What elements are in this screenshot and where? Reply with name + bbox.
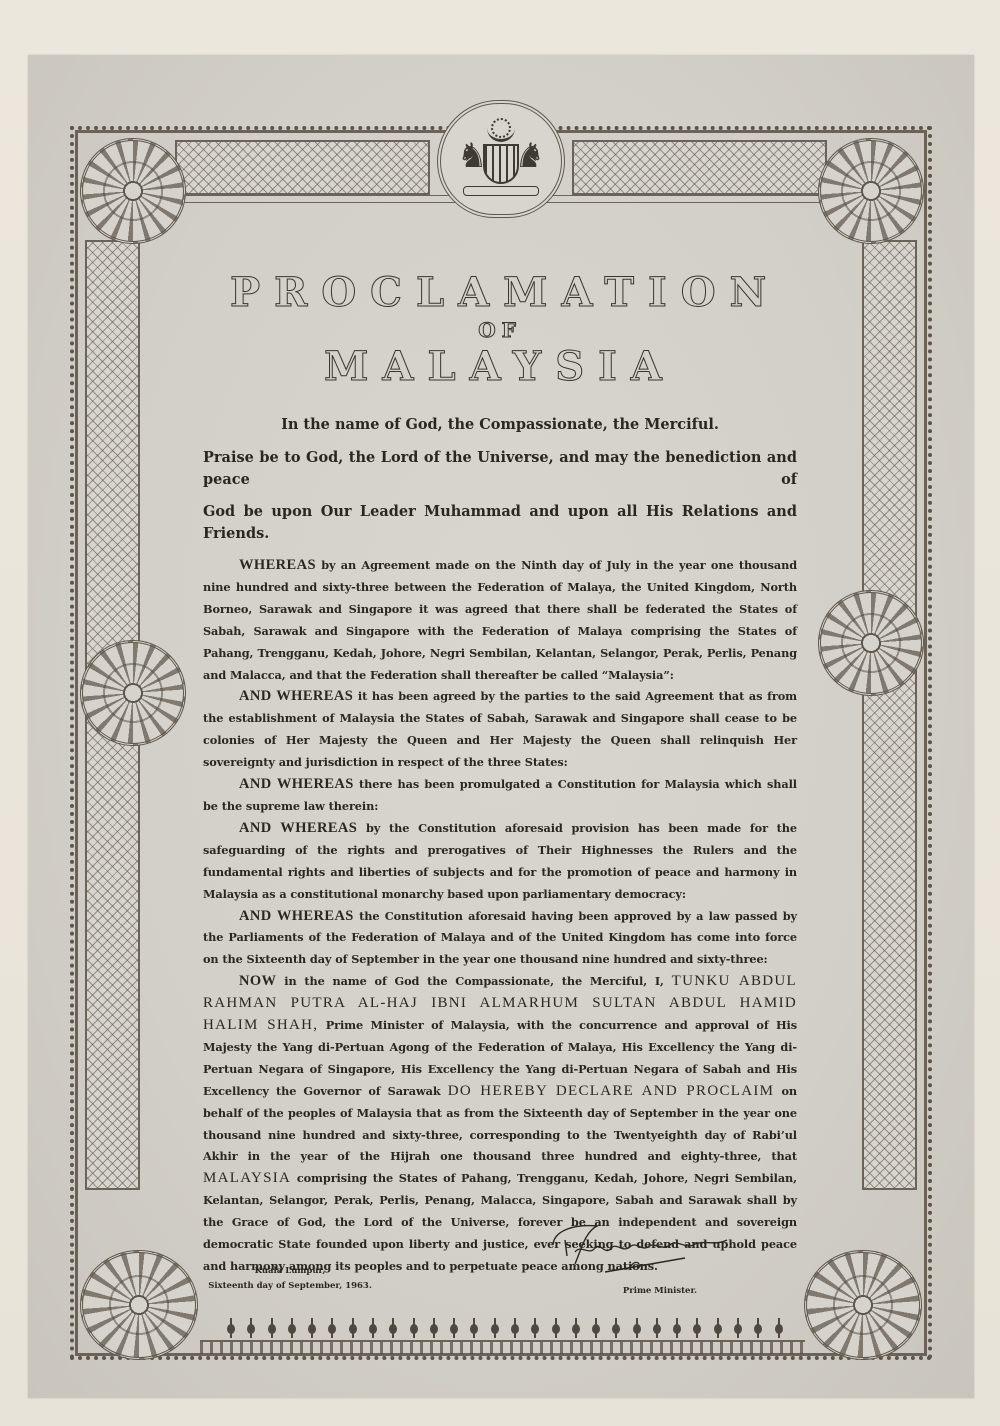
proclamation-body: In the name of God, the Compassionate, t… [203, 414, 797, 1278]
title-line-malaysia: MALAYSIA [230, 342, 770, 392]
crest-emblem: ♞ ♞ [453, 116, 549, 202]
bottom-filigree-band [200, 1340, 805, 1354]
vase-ornament-icon [408, 1318, 420, 1338]
place: Kuala Lumpur, [200, 1264, 380, 1279]
vase-ornament-icon [631, 1318, 643, 1338]
floral-medallion-icon [818, 590, 924, 696]
vase-ornament-icon [610, 1318, 622, 1338]
vase-ornament-icon [448, 1318, 460, 1338]
praise-line-2: God be upon Our Leader Muhammad and upon… [203, 501, 797, 545]
proclamation-title: PROCLAMATION OF MALAYSIA [230, 268, 770, 392]
whereas-paragraph: WHEREAS by an Agreement made on the Nint… [203, 555, 797, 686]
top-left-filigree-band [175, 140, 430, 195]
paragraph-text: by an Agreement made on the Ninth day of… [203, 558, 797, 682]
floral-medallion-icon [818, 138, 924, 244]
tiger-icon: ♞ [457, 130, 481, 182]
shield-icon [483, 144, 519, 184]
vase-ornament-icon [773, 1318, 785, 1338]
whereas-paragraph: AND WHEREAS the Constitution aforesaid h… [203, 906, 797, 972]
vase-ornament-icon [671, 1318, 683, 1338]
now-keyword: NOW [239, 973, 276, 989]
vase-ornament-icon [367, 1318, 379, 1338]
signature [545, 1222, 765, 1277]
vase-ornament-icon [225, 1318, 237, 1338]
vase-ornament-icon [326, 1318, 338, 1338]
floral-medallion-icon [804, 1250, 922, 1360]
vase-ornament-icon [286, 1318, 298, 1338]
vase-ornament-icon [529, 1318, 541, 1338]
vase-ornament-icon [712, 1318, 724, 1338]
motto-ribbon [463, 186, 539, 196]
title-line-proclamation: PROCLAMATION [230, 268, 770, 318]
place-and-date: Kuala Lumpur, Sixteenth day of September… [200, 1264, 380, 1294]
vase-ornament-icon [752, 1318, 764, 1338]
vase-ornament-icon [691, 1318, 703, 1338]
title-line-of: OF [230, 318, 770, 342]
paragraph-keyword: AND WHEREAS [239, 820, 357, 836]
tiger-icon: ♞ [521, 130, 545, 182]
whereas-paragraph: AND WHEREAS by the Constitution aforesai… [203, 818, 797, 906]
vase-ornament-icon [509, 1318, 521, 1338]
praise-line-1: Praise be to God, the Lord of the Univer… [203, 447, 797, 491]
vase-ornament-icon [306, 1318, 318, 1338]
vase-ornament-icon [468, 1318, 480, 1338]
vase-ornament-icon [428, 1318, 440, 1338]
floral-medallion-icon [80, 640, 186, 746]
vase-ornament-icon [651, 1318, 663, 1338]
whereas-paragraph: AND WHEREAS it has been agreed by the pa… [203, 686, 797, 774]
whereas-paragraph: AND WHEREAS there has been promulgated a… [203, 774, 797, 818]
invocation: In the name of God, the Compassionate, t… [203, 414, 797, 436]
vase-ornament-icon [245, 1318, 257, 1338]
top-right-filigree-band [572, 140, 827, 195]
vase-ornament-icon [550, 1318, 562, 1338]
malaysia-keyword: MALAYSIA [203, 1170, 291, 1186]
vase-ornament-icon [590, 1318, 602, 1338]
paragraph-keyword: AND WHEREAS [239, 776, 354, 792]
floral-medallion-icon [80, 138, 186, 244]
signatory-title: Prime Minister. [610, 1286, 710, 1296]
vase-ornament-icon [570, 1318, 582, 1338]
vase-ornament-icon [266, 1318, 278, 1338]
vase-ornament-icon [347, 1318, 359, 1338]
vase-ornament-icon [732, 1318, 744, 1338]
paragraph-text: in the name of God the Compassionate, th… [276, 974, 671, 988]
paragraph-keyword: WHEREAS [239, 557, 316, 573]
vase-ornament-row [225, 1318, 785, 1338]
floral-medallion-icon [80, 1250, 198, 1360]
paragraph-keyword: AND WHEREAS [239, 908, 354, 924]
declare-keyword: DO HEREBY DECLARE AND PROCLAIM [448, 1083, 775, 1099]
star-icon [491, 118, 511, 138]
coat-of-arms-icon: ♞ ♞ [437, 100, 565, 218]
date: Sixteenth day of September, 1963. [200, 1279, 380, 1294]
paragraph-keyword: AND WHEREAS [239, 688, 353, 704]
vase-ornament-icon [387, 1318, 399, 1338]
vase-ornament-icon [489, 1318, 501, 1338]
right-filigree-band [862, 240, 917, 1190]
